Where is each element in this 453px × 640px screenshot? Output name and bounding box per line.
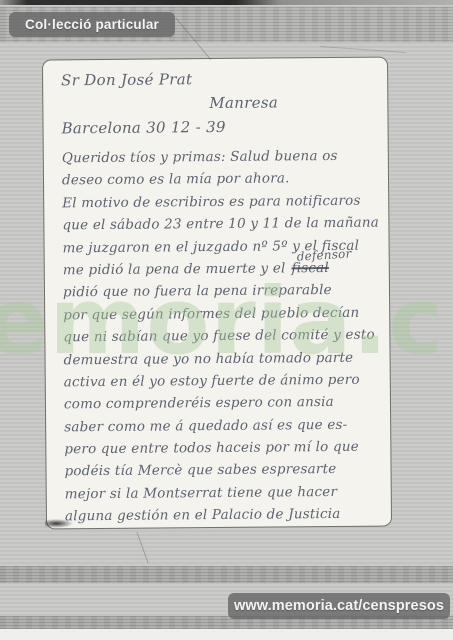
addressee-city-line: Manresa xyxy=(61,93,381,120)
letter-line: pidió que no fuera la pena irreparable xyxy=(63,282,383,307)
memoria-url-label-text: www.memoria.cat/censpresos xyxy=(234,598,444,614)
inserted-word: defensor xyxy=(296,246,352,263)
crease-line xyxy=(320,46,406,53)
amendment: fiscaldefensor xyxy=(291,260,329,276)
letter-line: pero que entre todos haceis por mí lo qu… xyxy=(64,439,384,464)
collection-label: Col·lecció particular xyxy=(9,12,175,37)
letter-line: por que según informes del pueblo decían xyxy=(63,304,383,329)
letter-line-amended: me pidió la pena de muerte y elfiscaldef… xyxy=(63,260,383,285)
letter-line: podéis tía Mercè que sabes espresarte xyxy=(64,461,384,486)
letter-line: deseo como es la mía por ahora. xyxy=(62,170,382,195)
scanned-letter-photo: Sr Don José Prat Manresa Barcelona 30 12… xyxy=(0,0,453,640)
amended-line-text: me pidió la pena de muerte y el xyxy=(63,260,286,278)
letter-header: Sr Don José Prat Manresa Barcelona 30 12… xyxy=(61,69,382,144)
letter-line: que ni sabían que yo fuese del comité y … xyxy=(63,327,383,352)
letter-paper: Sr Don José Prat Manresa Barcelona 30 12… xyxy=(42,56,392,529)
letter-line: mejor si la Montserrat tiene que hacer xyxy=(65,483,385,508)
ink-smudge xyxy=(45,519,73,528)
letter-line: demuestra que yo no había tomado parte xyxy=(64,349,384,374)
memoria-url-label: www.memoria.cat/censpresos xyxy=(228,593,450,619)
letter-line: El motivo de escribiros es para notifica… xyxy=(62,192,382,217)
scan-texture-band-bottom-1 xyxy=(0,566,453,583)
letter-line: que el sábado 23 entre 10 y 11 de la mañ… xyxy=(62,215,382,240)
letter-line: saber como me á quedado así es que es- xyxy=(64,416,384,441)
addressee-line: Sr Don José Prat xyxy=(61,69,381,96)
letter-line: Queridos tíos y primas: Salud buena os xyxy=(62,148,382,173)
scan-bottom-white-strip xyxy=(0,629,453,640)
letter-body: Queridos tíos y primas: Salud buena os d… xyxy=(62,148,385,531)
letter-line: alguna gestión en el Palacio de Justicia xyxy=(65,506,385,531)
dateline: Barcelona 30 12 - 39 xyxy=(61,117,381,144)
crease-line xyxy=(136,532,148,563)
letter-line: activa en él yo estoy fuerte de ánimo pe… xyxy=(64,371,384,396)
scan-edge-dark-streak xyxy=(0,0,453,5)
letter-line: como comprenderéis espero con ansia xyxy=(64,394,384,419)
collection-label-text: Col·lecció particular xyxy=(25,17,159,32)
